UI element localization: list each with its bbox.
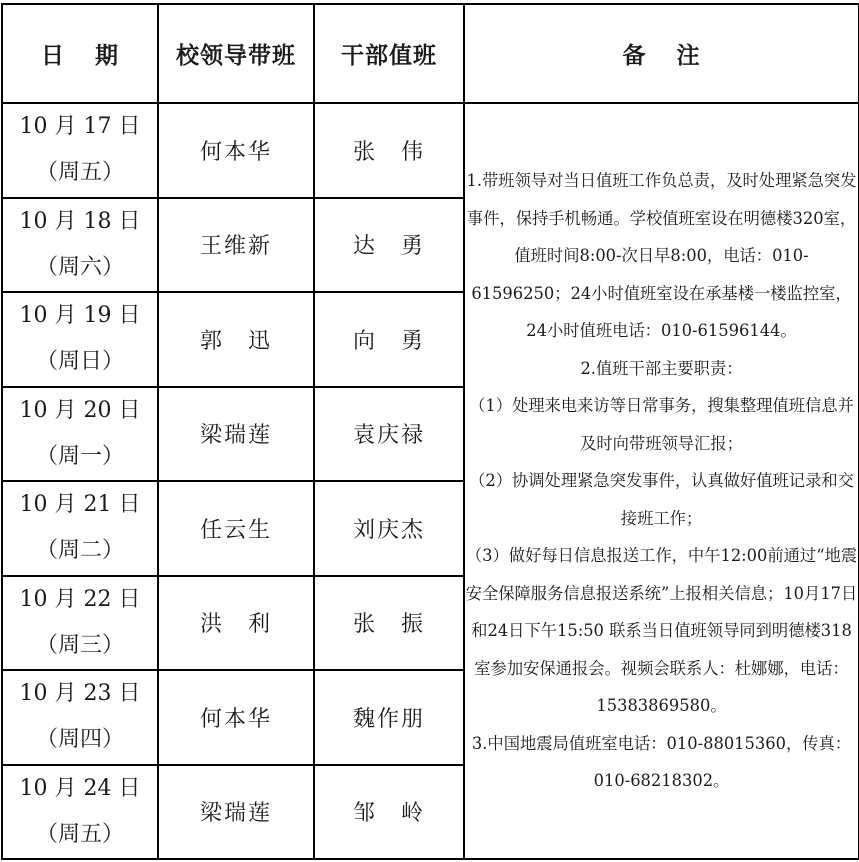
note-1: 1.带班领导对当日值班工作负总责，及时处理紧急突发事件，保持手机畅通。学校值班室… [465, 162, 858, 350]
cadre-cell: 邹 岭 [314, 765, 464, 860]
note-2-1: （1）处理来电来访等日常事务，搜集整理值班信息并及时向带班领导汇报； [465, 387, 858, 462]
cadre-cell: 张 振 [314, 576, 464, 671]
header-cadre: 干部值班 [314, 4, 464, 103]
cadre-cell: 达 勇 [314, 198, 464, 293]
leader-cell: 何本华 [158, 103, 314, 198]
date-cell: 10 月 22 日（周三） [2, 576, 158, 671]
note-2: 2.值班干部主要职责： [465, 350, 858, 388]
date-cell: 10 月 24 日（周五） [2, 765, 158, 860]
leader-cell: 洪 利 [158, 576, 314, 671]
note-2-3: （3）做好每日信息报送工作，中午12:00前通过“地震安全保障服务信息报送系统”… [465, 537, 858, 725]
header-date: 日期 [2, 4, 158, 103]
date-cell: 10 月 20 日（周一） [2, 387, 158, 482]
date-cell: 10 月 17 日（周五） [2, 103, 158, 198]
cadre-cell: 刘庆杰 [314, 481, 464, 576]
leader-cell: 王维新 [158, 198, 314, 293]
cadre-cell: 向 勇 [314, 292, 464, 387]
duty-schedule-table: 日期 校领导带班 干部值班 备注 10 月 17 日（周五） 何本华 张 伟 1… [1, 3, 859, 860]
leader-cell: 梁瑞莲 [158, 387, 314, 482]
cadre-cell: 魏作朋 [314, 670, 464, 765]
cadre-cell: 袁庆禄 [314, 387, 464, 482]
header-row: 日期 校领导带班 干部值班 备注 [2, 4, 859, 103]
table-row: 10 月 17 日（周五） 何本华 张 伟 1.带班领导对当日值班工作负总责，及… [2, 103, 859, 198]
leader-cell: 何本华 [158, 670, 314, 765]
note-3: 3.中国地震局值班室电话：010-88015360，传真：010-6821830… [465, 725, 858, 800]
cadre-cell: 张 伟 [314, 103, 464, 198]
date-cell: 10 月 18 日（周六） [2, 198, 158, 293]
date-cell: 10 月 19 日（周日） [2, 292, 158, 387]
date-cell: 10 月 21 日（周二） [2, 481, 158, 576]
header-leader: 校领导带班 [158, 4, 314, 103]
header-notes: 备注 [464, 4, 859, 103]
leader-cell: 任云生 [158, 481, 314, 576]
note-2-2: （2）协调处理紧急突发事件，认真做好值班记录和交接班工作； [465, 462, 858, 537]
leader-cell: 郭 迅 [158, 292, 314, 387]
leader-cell: 梁瑞莲 [158, 765, 314, 860]
notes-cell: 1.带班领导对当日值班工作负总责，及时处理紧急突发事件，保持手机畅通。学校值班室… [464, 103, 859, 859]
date-cell: 10 月 23 日（周四） [2, 670, 158, 765]
